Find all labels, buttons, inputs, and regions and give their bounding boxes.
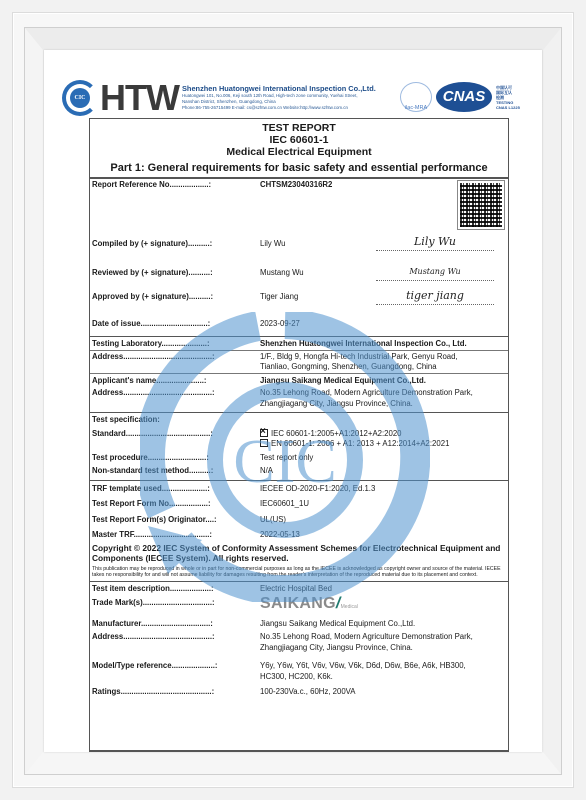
checkbox-empty-icon[interactable] [260,439,268,447]
saikang-logo: SAIKANG/Medical [260,595,358,612]
test-spec-row: Test specification: [90,413,508,426]
manufacturer-row: Manufacturer............................… [90,616,508,630]
report-ref-row: Report Reference No..................: C… [90,179,508,191]
cnas-text: 中国认可 国际互认 检测 TESTING CNAS L1225 [496,85,520,110]
date-issue-row: Date of issue...........................… [90,319,508,330]
report-title: TEST REPORT IEC 60601-1 Medical Electric… [90,119,508,179]
copyright-disclaimer: This publication may be reproduced in wh… [90,564,508,582]
htw-logo: HTW [100,78,179,118]
reviewed-signature: Mustang Wu [376,263,494,281]
cnas-logo-icon: CNAS [436,82,492,112]
lab-address-row: Address.................................… [90,351,508,373]
ratings-row: Ratings.................................… [90,682,508,698]
trf-template-row: TRF template used.....................: … [90,481,508,495]
approved-signature: tiger jiang [376,287,494,305]
master-trf-row: Master TRF..............................… [90,525,508,541]
test-report-table: TEST REPORT IEC 60601-1 Medical Electric… [89,118,509,752]
title-line-2: IEC 60601-1 [90,135,508,147]
mfr-address-row: Address.................................… [90,629,508,657]
accreditation-logos: ilac-MRA CNAS 中国认可 国际互认 检测 TESTING CNAS … [400,82,530,116]
letterhead: CIC HTW Shenzhen Huatongwei Internationa… [62,78,532,120]
testing-lab-row: Testing Laboratory.....................:… [90,337,508,350]
copyright-notice: Copyright © 2022 IEC System of Conformit… [90,541,508,564]
qr-code-icon[interactable] [458,181,504,229]
company-name: Shenzhen Huatongwei International Inspec… [182,84,412,93]
standard-row: Standard................................… [90,426,508,450]
test-procedure-row: Test procedure..........................… [90,450,508,464]
trade-mark-row: Trade Mark(s)...........................… [90,595,508,616]
standard-option-en[interactable]: EN 60601-1: 2006 + A1: 2013 + A12:2014+A… [260,439,449,448]
non-standard-row: Non-standard test method..........: N/A [90,463,508,480]
standard-option-iec[interactable]: IEC 60601-1:2005+A1:2012+A2:2020 [260,429,402,438]
title-line-3: Medical Electrical Equipment [90,146,508,158]
company-contact: Phone:86-755-26715499 E-mail: cs@szhtw.c… [182,105,412,111]
applicant-address-row: Address.................................… [90,386,508,412]
ilac-mra-icon: ilac-MRA [400,82,432,112]
test-item-row: Test item description...................… [90,582,508,595]
trf-originator-row: Test Report Form(s) Originator....: UL(U… [90,510,508,526]
cic-logo-icon: CIC [62,80,98,116]
model-row: Model/Type reference....................… [90,657,508,682]
company-info: Shenzhen Huatongwei International Inspec… [182,84,412,111]
checkbox-checked-icon[interactable] [260,429,268,437]
title-line-1: TEST REPORT [90,123,508,135]
compiled-signature: Lily Wu [376,233,494,251]
signature-section: Report Reference No..................: C… [90,179,508,336]
title-line-4: Part 1: General requirements for basic s… [90,161,508,175]
trf-form-no-row: Test Report Form No..................: I… [90,494,508,510]
applicant-row: Applicant's name......................: … [90,374,508,387]
